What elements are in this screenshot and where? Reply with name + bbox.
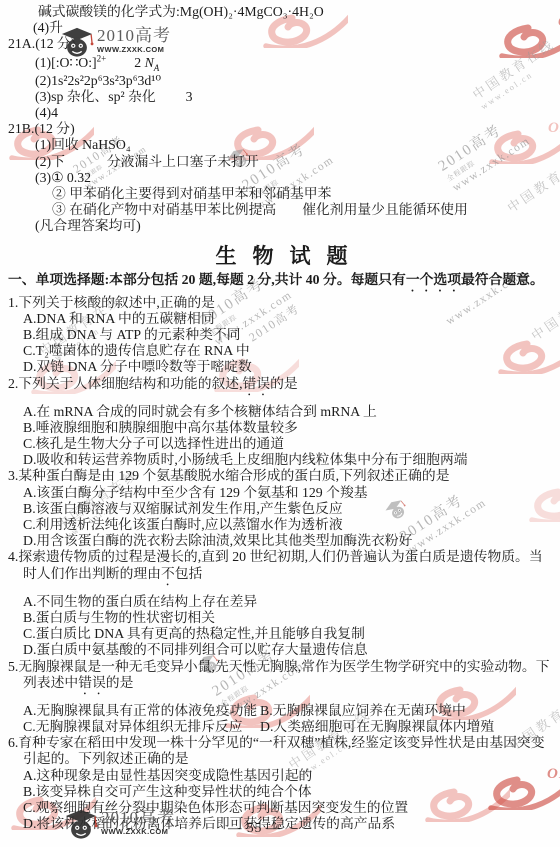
- option-a: A.这种现象是由显性基因突变成隐性基因引起的: [8, 768, 555, 784]
- option-a: A.DNA 和 RNA 中的五碳糖相同: [8, 311, 555, 327]
- option-b: B.该变异株自交可产生这种变异性状的纯合个体: [8, 784, 555, 800]
- option-b: B.无胸腺裸鼠应饲养在无菌环境中: [260, 703, 466, 719]
- option-d: D.蛋白质中氨基酸的不同排列组合可以贮存大量遗传信息: [8, 642, 555, 658]
- chem-21b-item3-3: ③ 在硝化产物中对硝基甲苯比例提高催化剂用量少且能循环使用: [52, 202, 555, 218]
- chem-21a-item4: (4)4: [35, 105, 555, 121]
- exam-page: OL OL OL 2010高考 全程跟踪 www.zxxk.com 2010高考…: [0, 0, 560, 847]
- option-a: A.在 mRNA 合成的同时就会有多个核糖体结合到 mRNA 上: [8, 404, 555, 420]
- option-b: B.唾液腺细胞和胰腺细胞中高尔基体数量较多: [8, 420, 555, 436]
- option-a: A.无胸腺裸鼠具有正常的体液免疫功能: [23, 703, 260, 719]
- chem-21a-item2: (2)1s²2s²2p⁶3s²3p⁶3d¹⁰: [35, 73, 555, 89]
- chem-note-line: (凡合理答案均可): [35, 218, 555, 234]
- chem-21a-item3: (3)sp 杂化、sp² 杂化3: [35, 89, 555, 105]
- question-stem: 2.下列关于人体细胞结构和功能的叙述,错误的是: [8, 376, 555, 399]
- question-3: 3.某种蛋白酶是由 129 个氨基酸脱水缩合形成的蛋白质,下列叙述正确的是 A.…: [8, 468, 555, 549]
- question-stem: 6.育种专家在稻田中发现一株十分罕见的“一秆双穗”植株,经鉴定该变异性状是由基因…: [8, 735, 555, 767]
- chem-21b-item1: (1)回收 NaHSO₄: [35, 137, 555, 153]
- question-stem: 4.探索遗传物质的过程是漫长的,直到 20 世纪初期,人们仍普遍认为蛋白质是遗传…: [8, 549, 555, 588]
- logo-gaokao-text: 2010高考: [101, 808, 175, 827]
- logo-site-text: WWW.ZXXK.COM: [101, 827, 175, 836]
- item-label: (1): [35, 55, 51, 70]
- question-stem: 3.某种蛋白酶是由 129 个氨基酸脱水缩合形成的蛋白质,下列叙述正确的是: [8, 468, 555, 484]
- chem-21b-item3-2: ② 甲苯硝化主要得到对硝基甲苯和邻硝基甲苯: [52, 186, 555, 202]
- section-instruction: 一、单项选择题:本部分包括 20 题,每题 2 分,共计 40 分。每题只有一个…: [8, 272, 555, 295]
- chem-21b-heading: 21B.(12 分): [8, 121, 555, 137]
- question-stem: 5.无胸腺裸鼠是一种无毛变异小鼠,先天性无胸腺,常作为医学生物学研究中的实验动物…: [8, 659, 555, 698]
- question-1: 1.下列关于核酸的叙述中,正确的是 A.DNA 和 RNA 中的五碳糖相同 B.…: [8, 295, 555, 376]
- emphasized-text: 错误: [243, 376, 271, 391]
- emphasized-text: 错误: [78, 675, 106, 690]
- page-number: — 55 —: [228, 820, 281, 836]
- emphasized-text: 不: [161, 566, 175, 581]
- option-b: B.蛋白质与生物的性状密切相关: [8, 610, 555, 626]
- option-d: D.用含该蛋白酶的洗衣粉去除油渍,效果比其他类型加酶洗衣粉好: [8, 533, 555, 549]
- option-a: A.该蛋白酶分子结构中至少含有 129 个氨基和 129 个羧基: [8, 485, 555, 501]
- question-5: 5.无胸腺裸鼠是一种无毛变异小鼠,先天性无胸腺,常作为医学生物学研究中的实验动物…: [8, 659, 555, 736]
- chem-21b-item3: (3)① 0.32: [35, 170, 555, 186]
- document-body: 碱式碳酸镁的化学式为:Mg(OH)₂·4MgCO₃·4H₂O (4)升 21A.…: [8, 4, 555, 832]
- logo-site-text: WWW.ZXXK.COM: [97, 45, 171, 54]
- zxxk-logo-header: 2010高考 WWW.ZXXK.COM: [60, 26, 171, 58]
- logo-gaokao-text: 2010高考: [97, 26, 171, 45]
- option-b: B.组成 DNA 与 ATP 的元素种类不同: [8, 327, 555, 343]
- option-c: C.利用透析法纯化该蛋白酶时,应以蒸馏水作为透析液: [8, 517, 555, 533]
- zxxk-mascot-icon: [60, 26, 94, 58]
- option-d: D.双链 DNA 分子中嘌呤数等于嘧啶数: [8, 359, 555, 375]
- question-stem: 1.下列关于核酸的叙述中,正确的是: [8, 295, 555, 311]
- question-2: 2.下列关于人体细胞结构和功能的叙述,错误的是 A.在 mRNA 合成的同时就会…: [8, 376, 555, 469]
- zxxk-mascot-icon: [64, 808, 98, 840]
- option-b: B.该蛋白酶溶液与双缩脲试剂发生作用,产生紫色反应: [8, 501, 555, 517]
- chem-21b-item2: (2)下分液漏斗上口塞子未打开: [35, 154, 555, 170]
- option-d: D.人类癌细胞可在无胸腺裸鼠体内增殖: [260, 719, 494, 735]
- emphasized-text: 一个选项: [406, 272, 461, 287]
- option-row: C.无胸腺裸鼠对异体组织无排斥反应 D.人类癌细胞可在无胸腺裸鼠体内增殖: [8, 719, 555, 735]
- option-d: D.吸收和转运营养物质时,小肠绒毛上皮细胞内线粒体集中分布于细胞两端: [8, 452, 555, 468]
- option-c: C.T₂噬菌体的遗传信息贮存在 RNA 中: [8, 343, 555, 359]
- option-c: C.核孔是生物大分子可以选择性进出的通道: [8, 436, 555, 452]
- paper-title: 生物试题: [8, 242, 555, 270]
- option-row: A.无胸腺裸鼠具有正常的体液免疫功能 B.无胸腺裸鼠应饲养在无菌环境中: [8, 703, 555, 719]
- answer-value: 3: [186, 89, 193, 104]
- option-c: C.无胸腺裸鼠对异体组织无排斥反应: [23, 719, 260, 735]
- option-c: C.蛋白质比 DNA 具有更高的热稳定性,并且能够自我复制: [8, 626, 555, 642]
- chem-formula-line: 碱式碳酸镁的化学式为:Mg(OH)₂·4MgCO₃·4H₂O: [38, 4, 555, 20]
- question-4: 4.探索遗传物质的过程是漫长的,直到 20 世纪初期,人们仍普遍认为蛋白质是遗传…: [8, 549, 555, 658]
- zxxk-logo-footer: 2010高考 WWW.ZXXK.COM: [64, 808, 175, 840]
- option-a: A.不同生物的蛋白质在结构上存在差异: [8, 594, 555, 610]
